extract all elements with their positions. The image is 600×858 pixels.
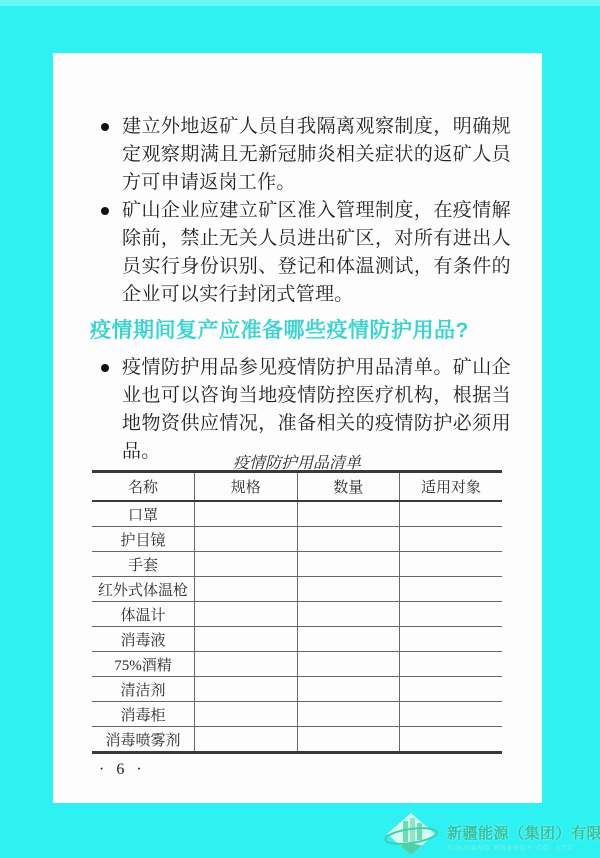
table-row: 消毒柜 <box>92 702 502 727</box>
empty-cell <box>195 627 298 652</box>
table-row: 体温计 <box>92 602 502 627</box>
table-row: 手套 <box>92 552 502 577</box>
table-row: 消毒液 <box>92 627 502 652</box>
empty-cell <box>195 552 298 577</box>
screen-background: 建立外地返矿人员自我隔离观察制度，明确规定观察期满且无新冠肺炎相关症状的返矿人员… <box>0 0 600 858</box>
table-header-spec: 规格 <box>195 472 298 502</box>
empty-cell <box>195 501 298 527</box>
section-heading: 疫情期间复产应准备哪些疫情防护用品? <box>90 317 469 345</box>
empty-cell <box>195 702 298 727</box>
table-row: 护目镜 <box>92 527 502 552</box>
supplies-table: 名称 规格 数量 适用对象 口罩 护目镜 <box>92 470 502 754</box>
empty-cell <box>400 652 503 677</box>
empty-cell <box>400 501 503 527</box>
paragraph-text: 建立外地返矿人员自我隔离观察制度，明确规定观察期满且无新冠肺炎相关症状的返矿人员… <box>122 116 511 193</box>
table-header-quantity: 数量 <box>297 472 400 502</box>
empty-cell <box>400 577 503 602</box>
empty-cell <box>297 527 400 552</box>
company-logo-icon <box>384 812 439 858</box>
empty-cell <box>400 527 503 552</box>
table-row: 消毒喷雾剂 <box>92 727 502 753</box>
table-row: 红外式体温枪 <box>92 577 502 602</box>
bullet-icon <box>101 207 109 215</box>
table-row: 75%酒精 <box>92 652 502 677</box>
bullet-list-return-to-work: 建立外地返矿人员自我隔离观察制度，明确规定观察期满且无新冠肺炎相关症状的返矿人员… <box>95 113 511 309</box>
empty-cell <box>195 652 298 677</box>
table-row: 口罩 <box>92 501 502 527</box>
empty-cell <box>297 552 400 577</box>
empty-cell <box>297 602 400 627</box>
item-name-cell: 消毒液 <box>92 627 195 652</box>
empty-cell <box>297 627 400 652</box>
document-page: 建立外地返矿人员自我隔离观察制度，明确规定观察期满且无新冠肺炎相关症状的返矿人员… <box>53 53 542 803</box>
bullet-icon <box>101 123 109 131</box>
page-number: · 6 · <box>99 761 142 779</box>
empty-cell <box>400 627 503 652</box>
paragraph-text: 矿山企业应建立矿区准入管理制度，在疫情解除前，禁止无关人员进出矿区，对所有进出人… <box>122 200 511 305</box>
item-name-cell: 消毒柜 <box>92 702 195 727</box>
item-name-cell: 护目镜 <box>92 527 195 552</box>
empty-cell <box>195 727 298 753</box>
empty-cell <box>195 677 298 702</box>
empty-cell <box>297 501 400 527</box>
table-row: 清洁剂 <box>92 677 502 702</box>
company-name: 新疆能源（集团）有限责任公司 <box>447 822 600 843</box>
list-item: 建立外地返矿人员自我隔离观察制度，明确规定观察期满且无新冠肺炎相关症状的返矿人员… <box>95 113 511 197</box>
item-name-cell: 清洁剂 <box>92 677 195 702</box>
company-name-block: 新疆能源（集团）有限责任公司 XINJIANG ENERGY CO.,LTD <box>447 822 600 852</box>
company-name-en: XINJIANG ENERGY CO.,LTD <box>447 845 600 852</box>
item-name-cell: 75%酒精 <box>92 652 195 677</box>
item-name-cell: 口罩 <box>92 501 195 527</box>
empty-cell <box>195 602 298 627</box>
empty-cell <box>297 677 400 702</box>
empty-cell <box>297 727 400 753</box>
empty-cell <box>195 527 298 552</box>
empty-cell <box>195 577 298 602</box>
paragraph-text: 疫情防护用品参见疫情防护用品清单。矿山企业也可以咨询当地疫情防控医疗机构，根据当… <box>122 357 511 462</box>
item-name-cell: 手套 <box>92 552 195 577</box>
empty-cell <box>400 727 503 753</box>
table-header-name: 名称 <box>92 472 195 502</box>
empty-cell <box>297 702 400 727</box>
item-name-cell: 红外式体温枪 <box>92 577 195 602</box>
table-header-applicable: 适用对象 <box>400 472 503 502</box>
empty-cell <box>297 577 400 602</box>
item-name-cell: 体温计 <box>92 602 195 627</box>
table-header-row: 名称 规格 数量 适用对象 <box>92 472 502 502</box>
empty-cell <box>297 652 400 677</box>
item-name-cell: 消毒喷雾剂 <box>92 727 195 753</box>
company-watermark: 新疆能源（集团）有限责任公司 XINJIANG ENERGY CO.,LTD <box>384 812 600 858</box>
empty-cell <box>400 677 503 702</box>
empty-cell <box>400 602 503 627</box>
empty-cell <box>400 702 503 727</box>
bullet-icon <box>101 364 109 372</box>
empty-cell <box>400 552 503 577</box>
list-item: 矿山企业应建立矿区准入管理制度，在疫情解除前，禁止无关人员进出矿区，对所有进出人… <box>95 197 511 309</box>
